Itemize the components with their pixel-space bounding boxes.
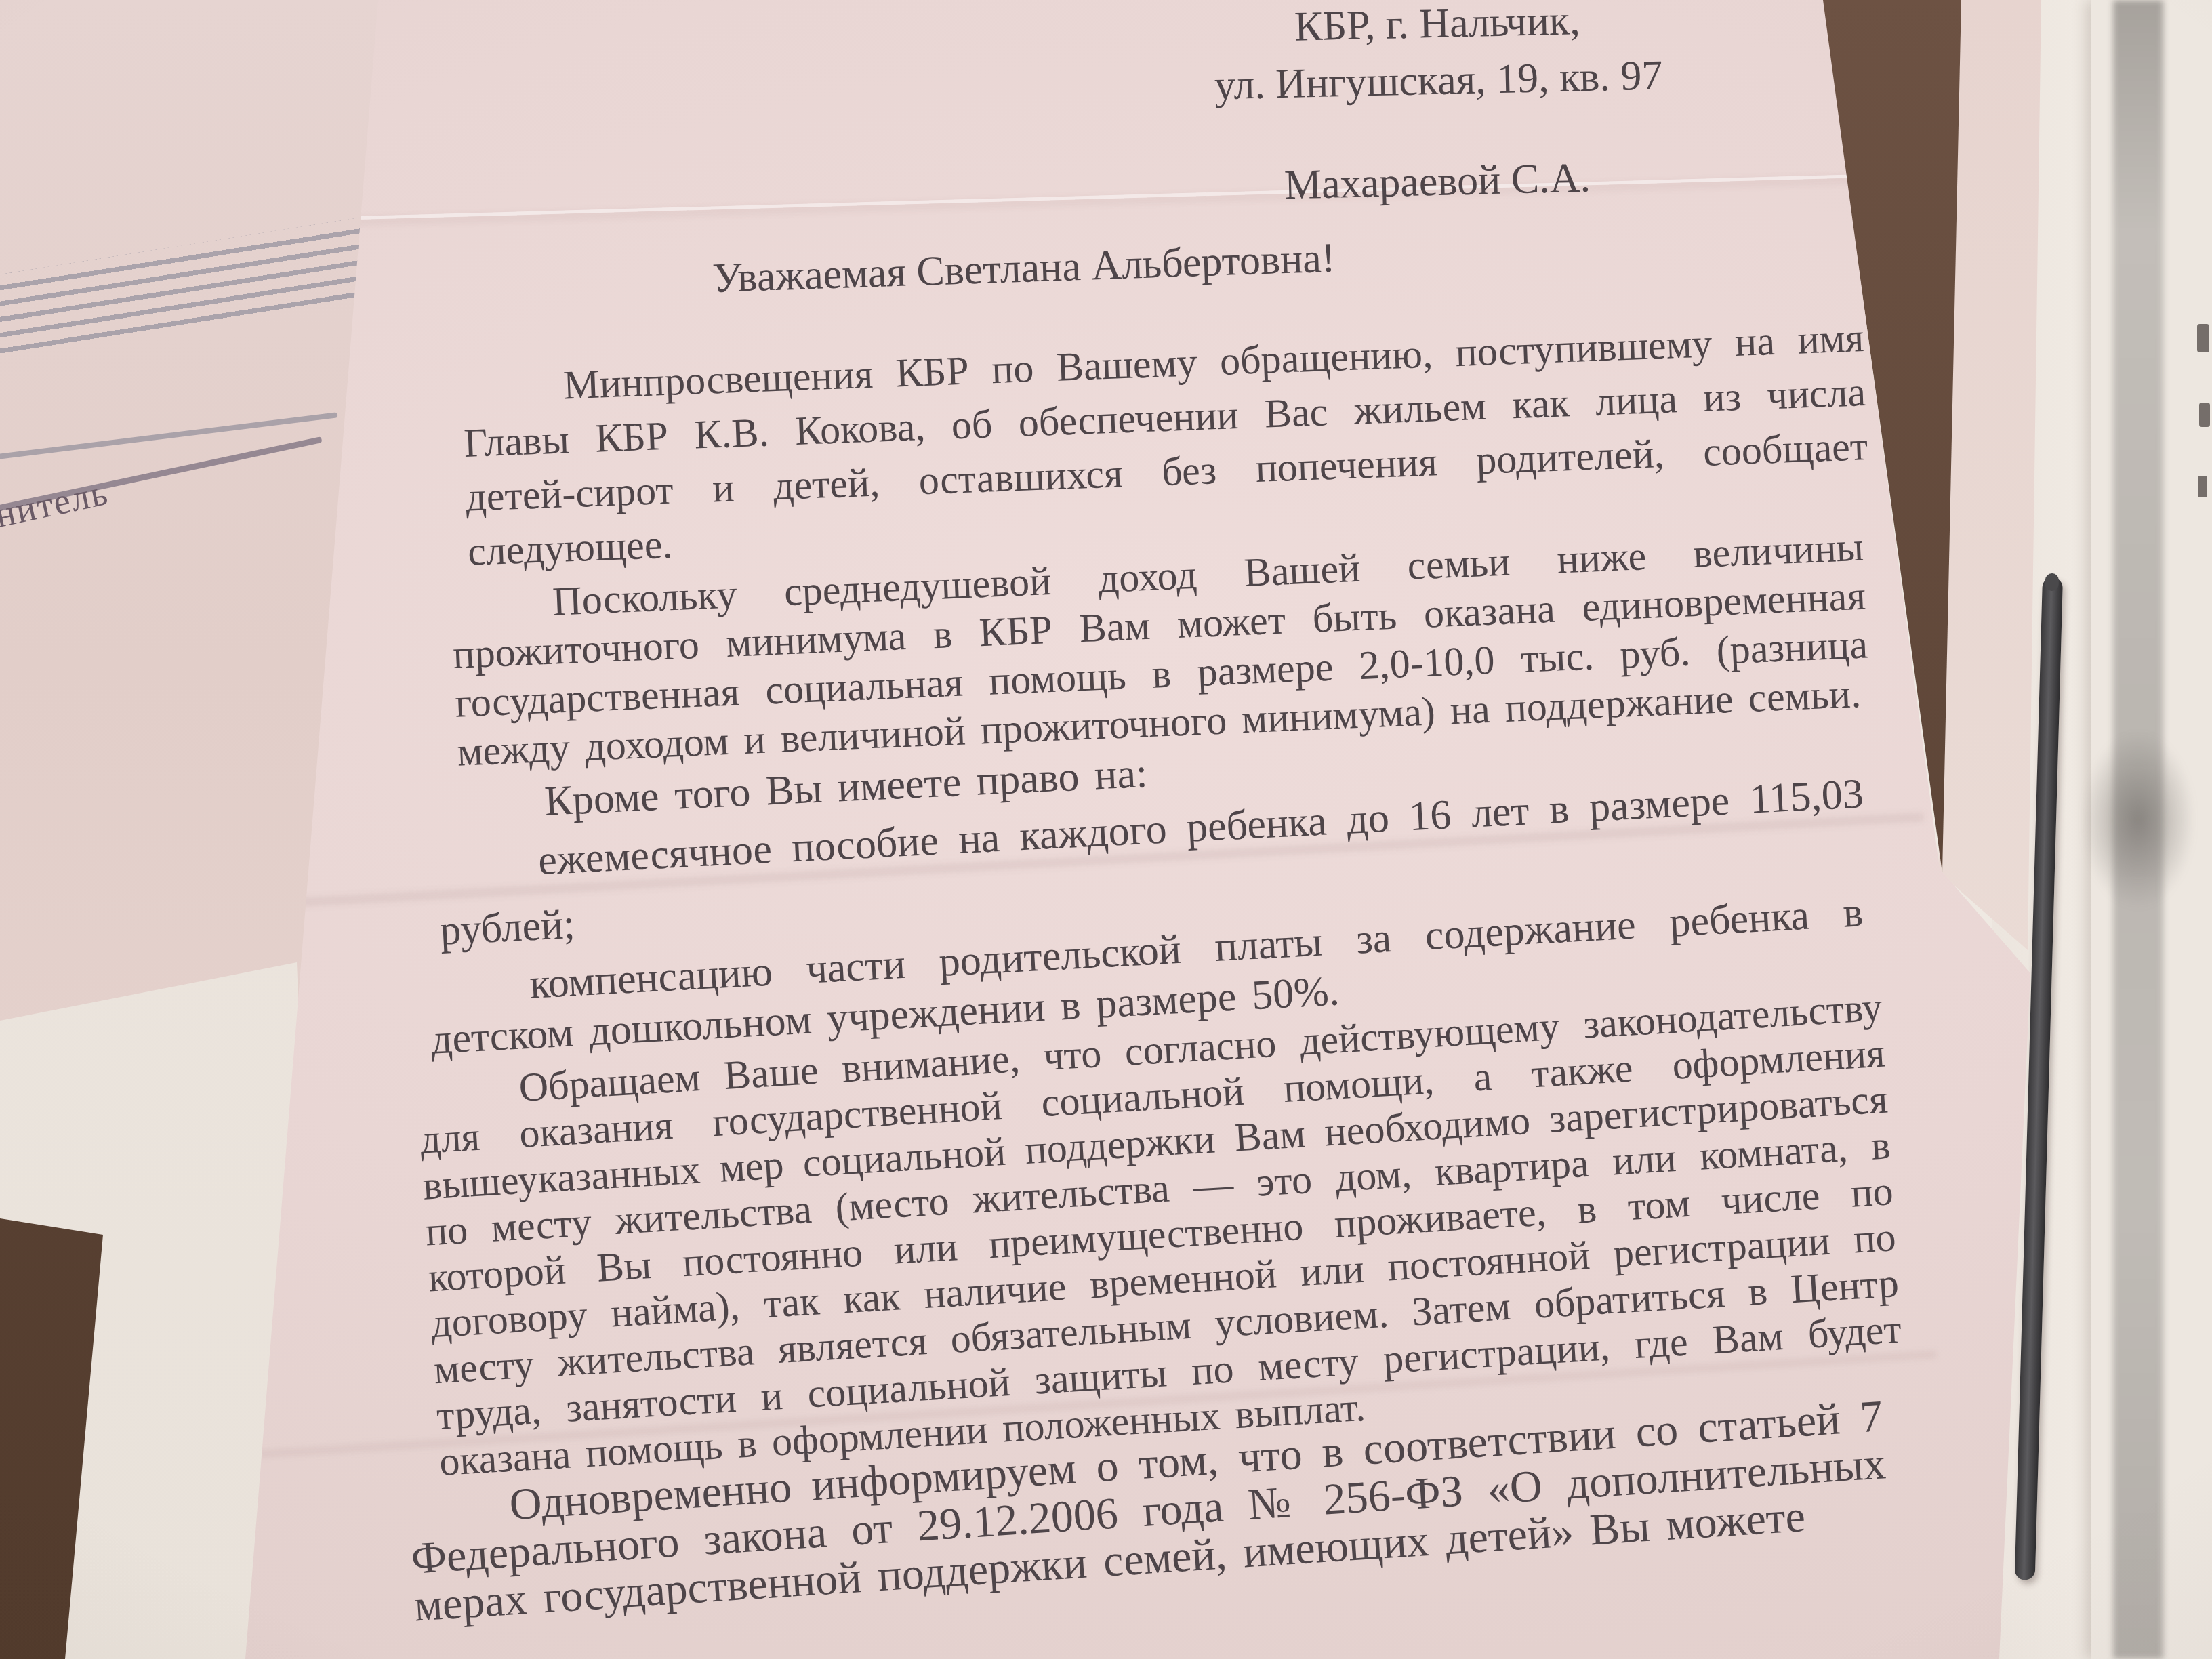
cut-letter-mark (2197, 324, 2209, 352)
photo-scene: нитель КБР, г. Нальчик, ул. Ингушская, 1… (0, 0, 2212, 1659)
addressee-name: Махараевой С.А. (1047, 144, 1828, 220)
letter-body: КБР, г. Нальчик, ул. Ингушская, 19, кв. … (407, 4, 1864, 1631)
cut-letter-mark (2199, 403, 2210, 427)
cut-letter-mark (2198, 476, 2207, 497)
letter-address: КБР, г. Нальчик, ул. Ингушская, 19, кв. … (1047, 0, 1829, 118)
paper-edge-stripe (0, 412, 338, 460)
graphite-smudge-blob (2060, 698, 2212, 942)
salutation: Уважаемая Светлана Альбертовна! (407, 212, 1865, 317)
left-paper-text-fragment: нитель (0, 471, 112, 536)
